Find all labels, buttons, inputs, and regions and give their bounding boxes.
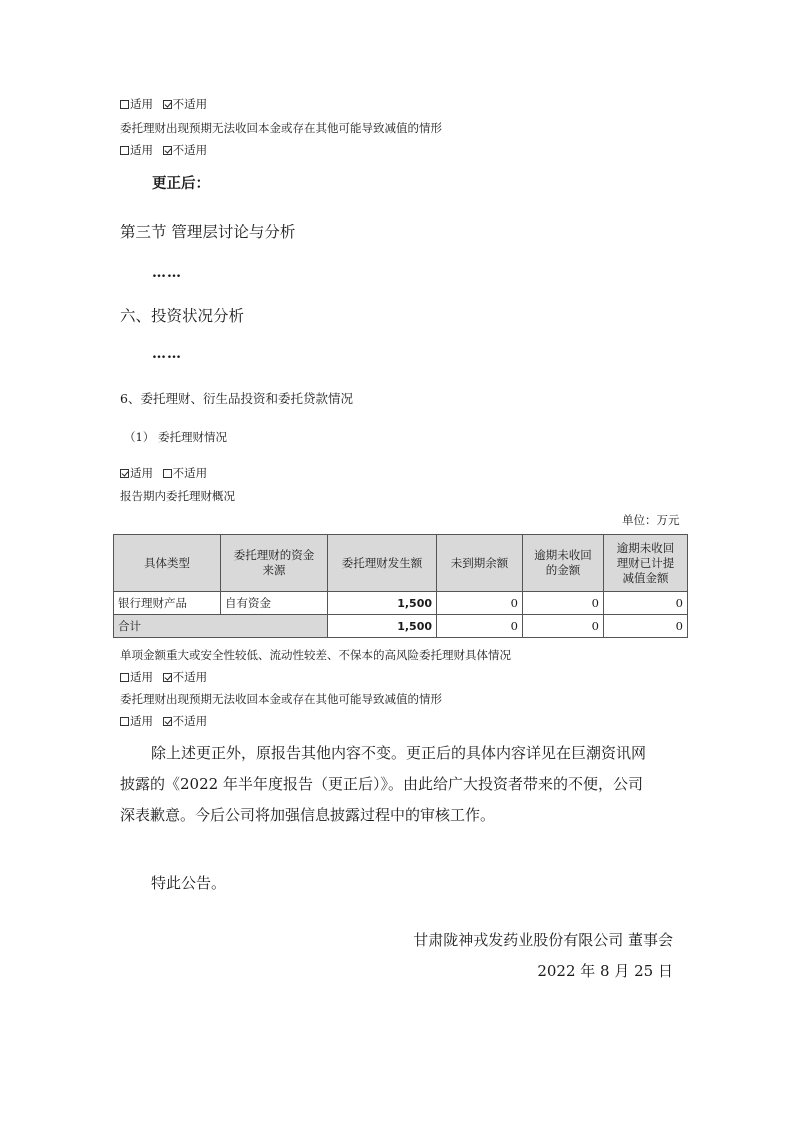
option-not-applicable[interactable]: 不适用 <box>163 143 208 157</box>
header-amount: 委托理财发生额 <box>328 535 437 592</box>
cell-total-label: 合计 <box>114 615 328 638</box>
option-not-applicable[interactable]: 不适用 <box>163 97 208 111</box>
header-overdue: 逾期未收回的金额 <box>523 535 604 592</box>
item6-1-title: （1） 委托理财情况 <box>124 430 227 444</box>
table-header-row: 具体类型 委托理财的资金来源 委托理财发生额 未到期余额 逾期未收回的金额 逾期… <box>114 535 688 592</box>
closing-paragraph-line-3: 深表歉意。今后公司将加强信息披露过程中的审核工作。 <box>120 800 495 831</box>
section-title: 第三节 管理层讨论与分析 <box>120 222 295 242</box>
item6-title: 6、委托理财、衍生品投资和委托贷款情况 <box>120 389 353 407</box>
ellipsis-1: …… <box>152 265 182 281</box>
cell-type: 银行理财产品 <box>114 592 221 615</box>
unit-label: 单位：万元 <box>622 513 680 527</box>
checkbox-checked-icon <box>163 673 172 682</box>
header-impairment: 逾期未收回理财已计提减值金额 <box>604 535 688 592</box>
table-row: 银行理财产品 自有资金 1,500 0 0 0 <box>114 592 688 615</box>
closing-paragraph-line-2: 披露的《2022 年半年度报告（更正后）》。由此给广大投资者带来的不便，公司 <box>120 769 643 800</box>
applicability-line: 适用 不适用 <box>120 466 213 480</box>
cell-total-overdue: 0 <box>523 615 604 638</box>
checkbox-checked-icon <box>163 100 172 109</box>
header-source: 委托理财的资金来源 <box>221 535 328 592</box>
signature-date: 2022 年 8 月 25 日 <box>537 956 673 987</box>
cell-overdue: 0 <box>523 592 604 615</box>
option-not-applicable[interactable]: 不适用 <box>163 466 208 480</box>
overview-label: 报告期内委托理财概况 <box>120 489 235 503</box>
subsection-title: 六、投资状况分析 <box>120 306 244 326</box>
option-applicable[interactable]: 适用 <box>120 143 153 157</box>
high-risk-applicability: 适用 不适用 <box>120 670 213 684</box>
header-type: 具体类型 <box>114 535 221 592</box>
checkbox-unchecked-icon <box>120 673 129 682</box>
cell-impairment: 0 <box>604 592 688 615</box>
checkbox-checked-icon <box>120 469 129 478</box>
option-applicable[interactable]: 适用 <box>120 714 153 728</box>
cell-outstanding: 0 <box>437 592 523 615</box>
correction-heading: 更正后： <box>152 175 210 193</box>
announcement-text: 特此公告。 <box>151 868 226 899</box>
impairment-label: 委托理财出现预期无法收回本金或存在其他可能导致减值的情形 <box>120 692 442 706</box>
ellipsis-2: …… <box>152 346 182 362</box>
option-applicable[interactable]: 适用 <box>120 97 153 111</box>
high-risk-label: 单项金额重大或安全性较低、流动性较差、不保本的高风险委托理财具体情况 <box>120 648 511 662</box>
cell-total-impairment: 0 <box>604 615 688 638</box>
checkbox-unchecked-icon <box>163 469 172 478</box>
closing-paragraph-line-1: 除上述更正外，原报告其他内容不变。更正后的具体内容详见在巨潮资讯网 <box>151 738 646 769</box>
checkbox-unchecked-icon <box>120 100 129 109</box>
option-not-applicable[interactable]: 不适用 <box>163 714 208 728</box>
cell-amount: 1,500 <box>328 592 437 615</box>
checkbox-unchecked-icon <box>120 146 129 155</box>
wealth-management-table: 具体类型 委托理财的资金来源 委托理财发生额 未到期余额 逾期未收回的金额 逾期… <box>113 534 688 638</box>
impairment-applicability: 适用 不适用 <box>120 714 213 728</box>
signature-company: 甘肃陇神戎发药业股份有限公司 董事会 <box>413 925 673 956</box>
cell-source: 自有资金 <box>221 592 328 615</box>
checkbox-checked-icon <box>163 146 172 155</box>
checkbox-unchecked-icon <box>120 717 129 726</box>
option-not-applicable[interactable]: 不适用 <box>163 670 208 684</box>
top-applicability-line-3: 适用 不适用 <box>120 143 213 157</box>
top-applicability-line-1: 适用 不适用 <box>120 97 213 111</box>
cell-total-outstanding: 0 <box>437 615 523 638</box>
option-applicable[interactable]: 适用 <box>120 670 153 684</box>
table-total-row: 合计 1,500 0 0 0 <box>114 615 688 638</box>
option-applicable[interactable]: 适用 <box>120 466 153 480</box>
checkbox-checked-icon <box>163 717 172 726</box>
cell-total-amount: 1,500 <box>328 615 437 638</box>
header-outstanding: 未到期余额 <box>437 535 523 592</box>
impairment-text-top: 委托理财出现预期无法收回本金或存在其他可能导致减值的情形 <box>120 121 442 135</box>
